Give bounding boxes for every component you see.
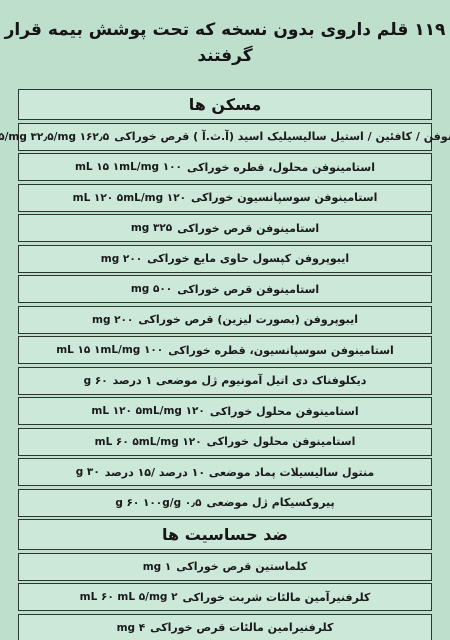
drug-row: استامینوفن محلول خوراکیmL ۱۲۰ ۵mL/mg ۱۲۰ bbox=[18, 397, 432, 425]
drug-name-text: استامینوفن / کافئین / استیل سالیسیلیک اس… bbox=[114, 130, 450, 143]
drug-name-text: استامینوفن سوسپانسیون، قطره خوراکی bbox=[168, 344, 394, 357]
drug-dose-text: mL ۱۲۰ ۵mL/mg ۱۲۰ bbox=[91, 405, 204, 417]
drug-name-text: استامینوفن محلول خوراکی bbox=[210, 405, 359, 418]
drug-row: کلماستین قرص خوراکیmg ۱ bbox=[18, 553, 432, 581]
drug-row: استامینوفن / کافئین / استیل سالیسیلیک اس… bbox=[18, 123, 432, 151]
drug-name-text: دیکلوفناک دی اتیل آمونیوم ژل موضعی ۱ درص… bbox=[113, 374, 367, 387]
drug-name-text: کلرفنیرامین مالئات قرص خوراکی bbox=[150, 621, 333, 634]
drug-row: ایبوپروفن (بصورت لیزین) قرص خوراکیmg ۲۰۰ bbox=[18, 306, 432, 334]
drug-name-text: منتول سالیسیلات پماد موضعی ۱۰ درصد /۱۵ د… bbox=[105, 466, 374, 479]
drug-name-text: استامینوفن محلول، قطره خوراکی bbox=[187, 161, 375, 174]
drug-name-text: کلماستین قرص خوراکی bbox=[176, 560, 307, 573]
drug-name-text: پیروکسیکام ژل موضعی bbox=[206, 496, 334, 509]
drug-name-text: ایبوپروفن کپسول حاوی مایع خوراکی bbox=[147, 252, 349, 265]
drug-dose-text: mg ۲۰۰ bbox=[101, 253, 142, 265]
drug-dose-text: mg ۵۰۰ bbox=[131, 283, 172, 295]
section-header: ضد حساسیت ها bbox=[18, 519, 432, 550]
drug-row: استامینوفن قرص خوراکیmg ۳۲۵ bbox=[18, 214, 432, 242]
drug-row: استامینوفن محلول خوراکیmL ۶۰ ۵mL/mg ۱۲۰ bbox=[18, 428, 432, 456]
drug-table: مسکن هااستامینوفن / کافئین / استیل سالیس… bbox=[18, 89, 432, 640]
drug-name-text: ایبوپروفن (بصورت لیزین) قرص خوراکی bbox=[138, 313, 358, 326]
drug-dose-text: mg ۳۲۵/mg ۳۲٫۵/mg ۱۶۲٫۵ bbox=[0, 131, 109, 143]
drug-row: ایبوپروفن کپسول حاوی مایع خوراکیmg ۲۰۰ bbox=[18, 245, 432, 273]
drug-row: منتول سالیسیلات پماد موضعی ۱۰ درصد /۱۵ د… bbox=[18, 458, 432, 486]
drug-dose-text: mL ۱۲۰ ۵mL/mg ۱۲۰ bbox=[73, 192, 186, 204]
drug-row: دیکلوفناک دی اتیل آمونیوم ژل موضعی ۱ درص… bbox=[18, 367, 432, 395]
drug-dose-text: g ۶۰ ۱۰۰g/g ۰٫۵ bbox=[115, 497, 201, 509]
section-header: مسکن ها bbox=[18, 89, 432, 120]
drug-name-text: کلرفنیرآمین مالئات شربت خوراکی bbox=[182, 591, 370, 604]
drug-row: استامینوفن محلول، قطره خوراکیmL ۱۵ ۱mL/m… bbox=[18, 153, 432, 181]
drug-dose-text: mg ۴ bbox=[117, 622, 146, 634]
drug-name-text: استامینوفن قرص خوراکی bbox=[177, 283, 319, 296]
drug-dose-text: mL ۱۵ ۱mL/mg ۱۰۰ bbox=[75, 161, 182, 173]
drug-dose-text: mg ۳۲۵ bbox=[131, 222, 172, 234]
drug-row: کلرفنیرامین مالئات قرص خوراکیmg ۴ bbox=[18, 614, 432, 640]
drug-dose-text: mL ۱۵ ۱mL/mg ۱۰۰ bbox=[56, 344, 163, 356]
drug-dose-text: g ۳۰ bbox=[76, 466, 100, 478]
page-title: ۱۱۹ قلم داروی بدون نسخه که تحت پوشش بیمه… bbox=[0, 0, 450, 69]
drug-dose-text: mL ۶۰ ۵mL/mg ۱۲۰ bbox=[95, 436, 202, 448]
drug-row: پیروکسیکام ژل موضعیg ۶۰ ۱۰۰g/g ۰٫۵ bbox=[18, 489, 432, 517]
drug-name-text: استامینوفن قرص خوراکی bbox=[177, 222, 319, 235]
drug-name-text: استامینوفن محلول خوراکی bbox=[207, 435, 356, 448]
drug-row: استامینوفن قرص خوراکیmg ۵۰۰ bbox=[18, 275, 432, 303]
drug-row: کلرفنیرآمین مالئات شربت خوراکیmL ۶۰ mL ۵… bbox=[18, 583, 432, 611]
drug-dose-text: g ۶۰ bbox=[84, 375, 108, 387]
drug-name-text: استامینوفن سوسپانسیون خوراکی bbox=[191, 191, 377, 204]
drug-dose-text: mg ۱ bbox=[143, 561, 172, 573]
drug-row: استامینوفن سوسپانسیون، قطره خوراکیmL ۱۵ … bbox=[18, 336, 432, 364]
drug-dose-text: mg ۲۰۰ bbox=[92, 314, 133, 326]
drug-dose-text: mL ۶۰ mL ۵/mg ۲ bbox=[80, 591, 178, 603]
drug-row: استامینوفن سوسپانسیون خوراکیmL ۱۲۰ ۵mL/m… bbox=[18, 184, 432, 212]
